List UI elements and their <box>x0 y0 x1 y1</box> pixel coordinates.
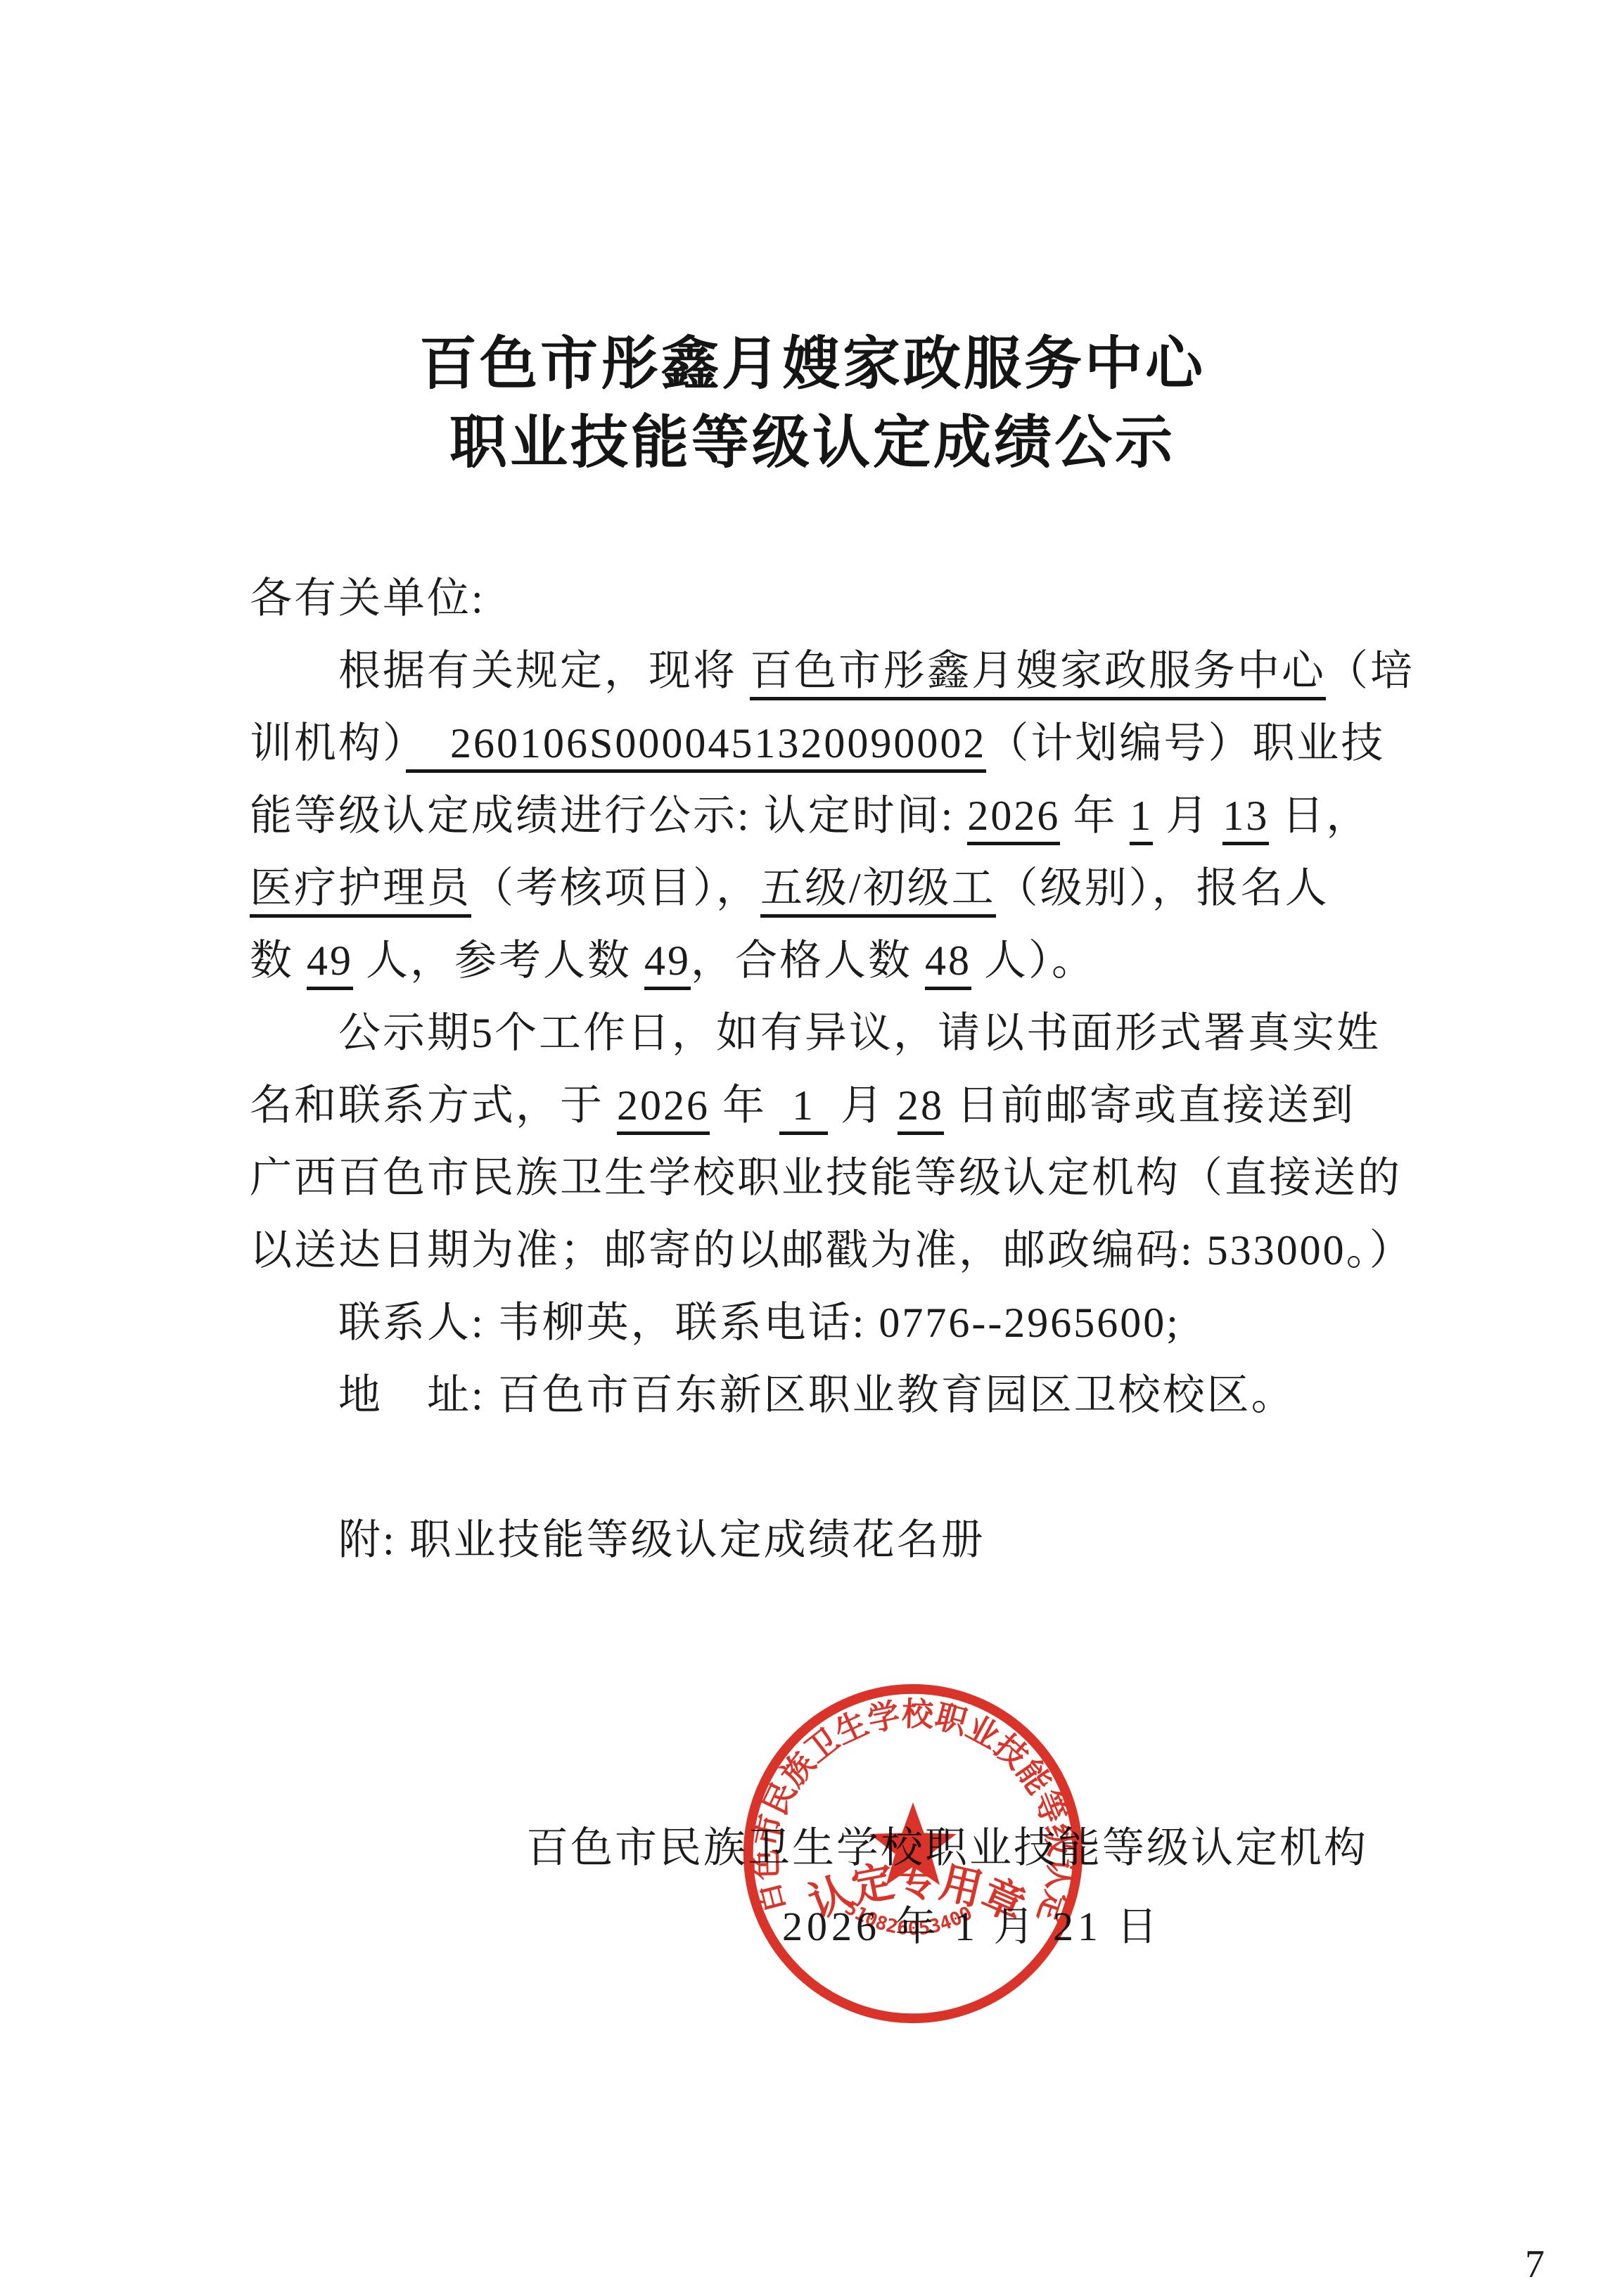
text-segment: 以送达日期为准；邮寄的以邮戳为准，邮政编码: 533000。） <box>250 1227 1414 1274</box>
body-line: 以送达日期为准；邮寄的以邮戳为准，邮政编码: 533000。） <box>250 1214 1382 1287</box>
text-segment: 人）。 <box>971 937 1096 984</box>
body-line: 根据有关规定，现将 百色市彤鑫月嫂家政服务中心（培 <box>250 635 1382 707</box>
text-segment: （培 <box>1326 648 1415 694</box>
text-segment: 数 <box>250 937 307 984</box>
body-line: 能等级认定成绩进行公示: 认定时间: 2026 年 1 月 13 日， <box>250 780 1382 852</box>
text-segment: 训机构） <box>250 720 406 767</box>
text-segment: 日前邮寄或直接送到 <box>944 1082 1355 1129</box>
text-segment: 广西百色市民族卫生学校职业技能等级认定机构（直接送的 <box>250 1155 1402 1201</box>
text-segment: 2026 <box>967 793 1060 845</box>
text-segment: （计划编号）职业技 <box>986 720 1385 767</box>
text-segment: 医疗护理员 <box>250 865 471 918</box>
body-line: 公示期5个工作日，如有异议，请以书面形式署真实姓 <box>250 997 1382 1070</box>
body-line: 附: 职业技能等级认定成绩花名册 <box>250 1504 1382 1577</box>
title-line-1: 百色市彤鑫月嫂家政服务中心 <box>250 325 1375 404</box>
text-segment: 五级/初级工 <box>760 865 996 918</box>
text-segment: 根据有关规定，现将 <box>250 648 750 694</box>
official-seal-stamp: 百色市民族卫生学校职业技能等级认定 认定专用章 510826053400 <box>740 1681 1086 2027</box>
text-segment: 年 <box>1060 793 1130 839</box>
body-line: 数 49 人，参考人数 49，合格人数 48 人）。 <box>250 925 1382 997</box>
body-line: 名和联系方式，于 2026 年 1 月 28 日前邮寄或直接送到 <box>250 1070 1382 1142</box>
text-segment: ，合格人数 <box>691 937 925 984</box>
body-line: 训机构） 260106S0000451320090002（计划编号）职业技 <box>250 707 1382 780</box>
text-segment: 附: 职业技能等级认定成绩花名册 <box>250 1517 985 1563</box>
text-segment: 48 <box>925 937 971 990</box>
body-line: 各有关单位: <box>250 563 1382 635</box>
title-line-2: 职业技能等级认定成绩公示 <box>250 404 1375 482</box>
body-line: 地 址: 百色市百东新区职业教育园区卫校校区。 <box>250 1359 1382 1432</box>
text-segment: 年 <box>710 1082 779 1129</box>
document-title: 百色市彤鑫月嫂家政服务中心 职业技能等级认定成绩公示 <box>250 325 1375 482</box>
text-segment: 名和联系方式，于 <box>250 1082 617 1129</box>
text-segment: （级别），报名人 <box>996 865 1329 911</box>
text-segment: 人，参考人数 <box>353 937 644 984</box>
text-segment: 49 <box>307 937 353 990</box>
text-segment: 260106S0000451320090002 <box>406 720 986 773</box>
body-line: 联系人: 韦柳英，联系电话: 0776--2965600; <box>250 1287 1382 1359</box>
text-segment: 地 址: 百色市百东新区职业教育园区卫校校区。 <box>250 1372 1296 1418</box>
text-segment: 2026 <box>617 1082 710 1135</box>
text-segment: 月 <box>1153 793 1222 839</box>
body-line: 广西百色市民族卫生学校职业技能等级认定机构（直接送的 <box>250 1142 1382 1214</box>
text-segment: 日， <box>1269 793 1370 839</box>
text-segment: 公示期5个工作日，如有异议，请以书面形式署真实姓 <box>250 1010 1381 1056</box>
body-line: 医疗护理员（考核项目），五级/初级工（级别），报名人 <box>250 852 1382 925</box>
body-line <box>250 1432 1382 1504</box>
text-segment: 联系人: 韦柳英，联系电话: 0776--2965600; <box>250 1300 1180 1346</box>
text-segment: 百色市彤鑫月嫂家政服务中心 <box>750 648 1326 700</box>
text-segment: 1 <box>779 1082 828 1135</box>
page-number: 7 <box>1525 2242 1545 2287</box>
document-page: 百色市彤鑫月嫂家政服务中心 职业技能等级认定成绩公示 各有关单位: 根据有关规定… <box>0 0 1622 2296</box>
text-segment: 49 <box>644 937 691 990</box>
text-segment: （考核项目）， <box>471 865 760 911</box>
body-text: 各有关单位: 根据有关规定，现将 百色市彤鑫月嫂家政服务中心（培训机构） 260… <box>250 563 1382 1577</box>
text-segment: 13 <box>1222 793 1269 845</box>
text-segment: 1 <box>1130 793 1153 845</box>
text-segment: 各有关单位: <box>250 575 485 622</box>
text-segment: 月 <box>828 1082 898 1129</box>
text-segment: 28 <box>898 1082 944 1135</box>
text-segment: 能等级认定成绩进行公示: 认定时间: <box>250 793 967 839</box>
